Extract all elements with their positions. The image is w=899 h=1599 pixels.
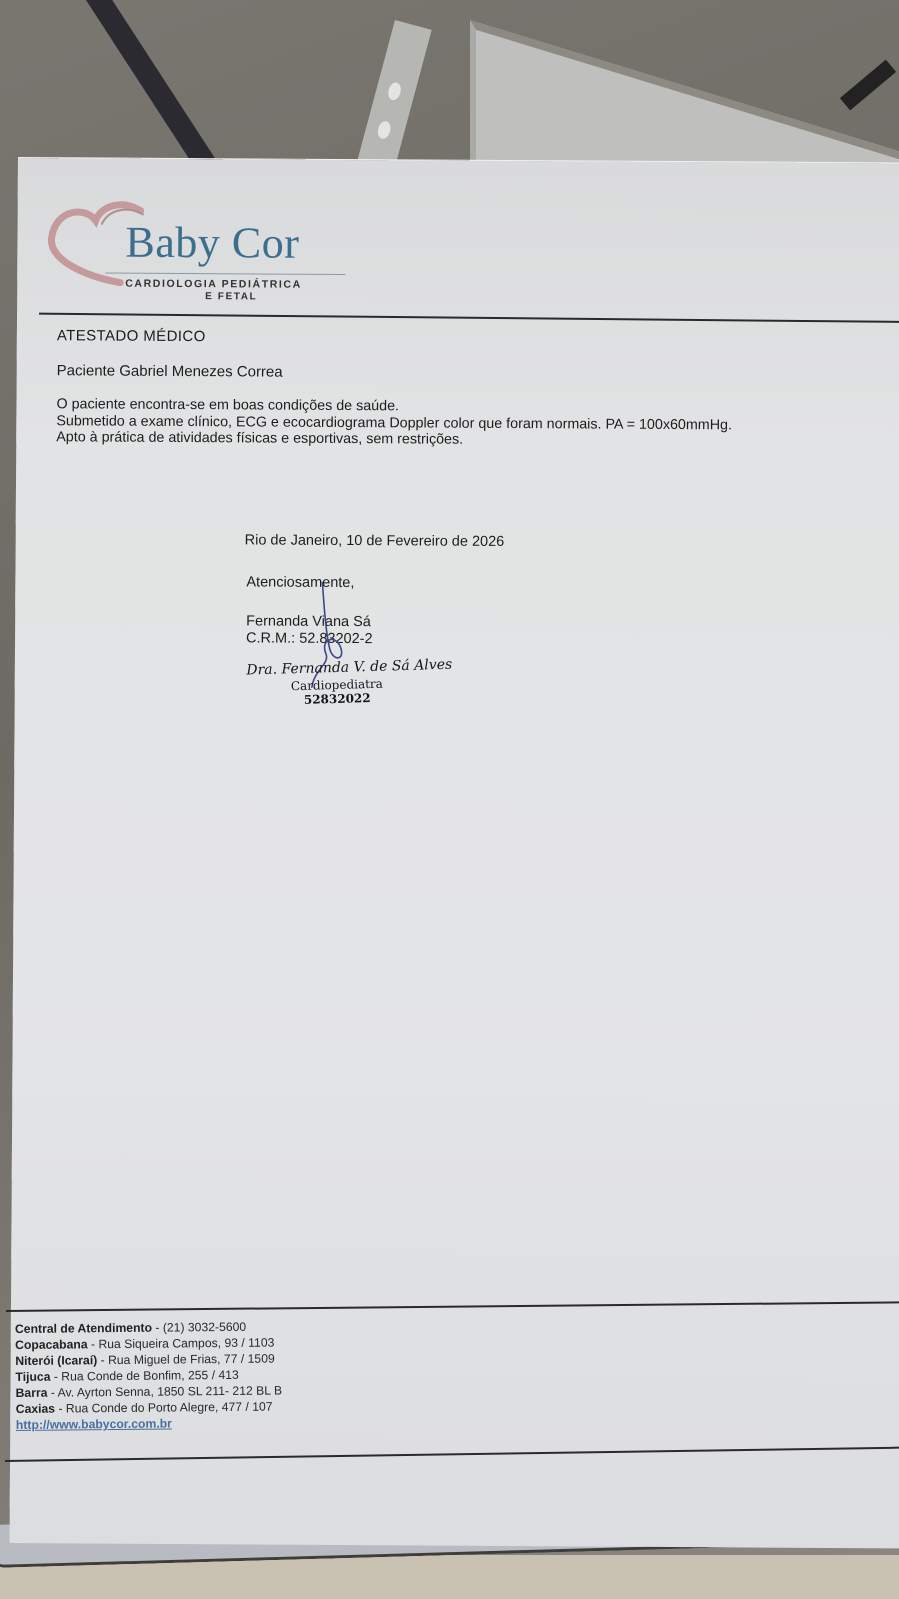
footer-label: Barra xyxy=(16,1386,48,1400)
footer-label: Caxias xyxy=(16,1402,55,1416)
footer-contacts: Central de Atendimento - (21) 3032-5600 … xyxy=(15,1318,283,1433)
footer-text: - Rua Miguel de Frias, 77 / 1509 xyxy=(97,1352,275,1368)
footer-label: Niterói (Icaraí) xyxy=(15,1353,97,1368)
document-title: ATESTADO MÉDICO xyxy=(57,327,206,345)
footer-line: Caxias - Rua Conde do Porto Alegre, 477 … xyxy=(16,1398,283,1417)
certificate-body: O paciente encontra-se em boas condições… xyxy=(56,396,816,450)
binder-hole xyxy=(386,81,402,101)
letterhead-logo: Baby Cor CARDIOLOGIA PEDIÁTRICA E FETAL xyxy=(45,198,346,300)
brand-tagline: CARDIOLOGIA PEDIÁTRICA xyxy=(125,278,302,291)
doctor-stamp: Dra. Fernanda V. de Sá Alves Cardiopedia… xyxy=(246,657,427,708)
footer-label: Tijuca xyxy=(15,1370,50,1384)
certificate-paper: Baby Cor CARDIOLOGIA PEDIÁTRICA E FETAL … xyxy=(10,158,899,1548)
footer-divider xyxy=(6,1301,899,1312)
header-divider xyxy=(39,313,899,323)
footer-text: - Av. Ayrton Senna, 1850 SL 211- 212 BL … xyxy=(47,1383,282,1399)
brand-tagline-2: E FETAL xyxy=(205,291,257,302)
place-date: Rio de Janeiro, 10 de Fevereiro de 2026 xyxy=(245,532,505,550)
footer-text: - (21) 3032-5600 xyxy=(152,1320,246,1335)
footer-line: Niterói (Icaraí) - Rua Miguel de Frias, … xyxy=(15,1350,282,1369)
footer-label: Central de Atendimento xyxy=(15,1321,152,1336)
footer-label: Copacabana xyxy=(15,1337,88,1352)
footer-text: - Rua Conde de Bonfim, 255 / 413 xyxy=(50,1368,238,1384)
footer-bottom-divider xyxy=(5,1447,899,1462)
patient-line: Paciente Gabriel Menezes Correa xyxy=(57,362,283,380)
footer-text: - Rua Conde do Porto Alegre, 477 / 107 xyxy=(55,1400,273,1416)
binder-hole xyxy=(376,120,392,140)
website-link[interactable]: http://www.babycor.com.br xyxy=(16,1417,172,1432)
brand-name: Baby Cor xyxy=(125,217,299,269)
footer-text: - Rua Siqueira Campos, 93 / 1103 xyxy=(88,1336,275,1352)
